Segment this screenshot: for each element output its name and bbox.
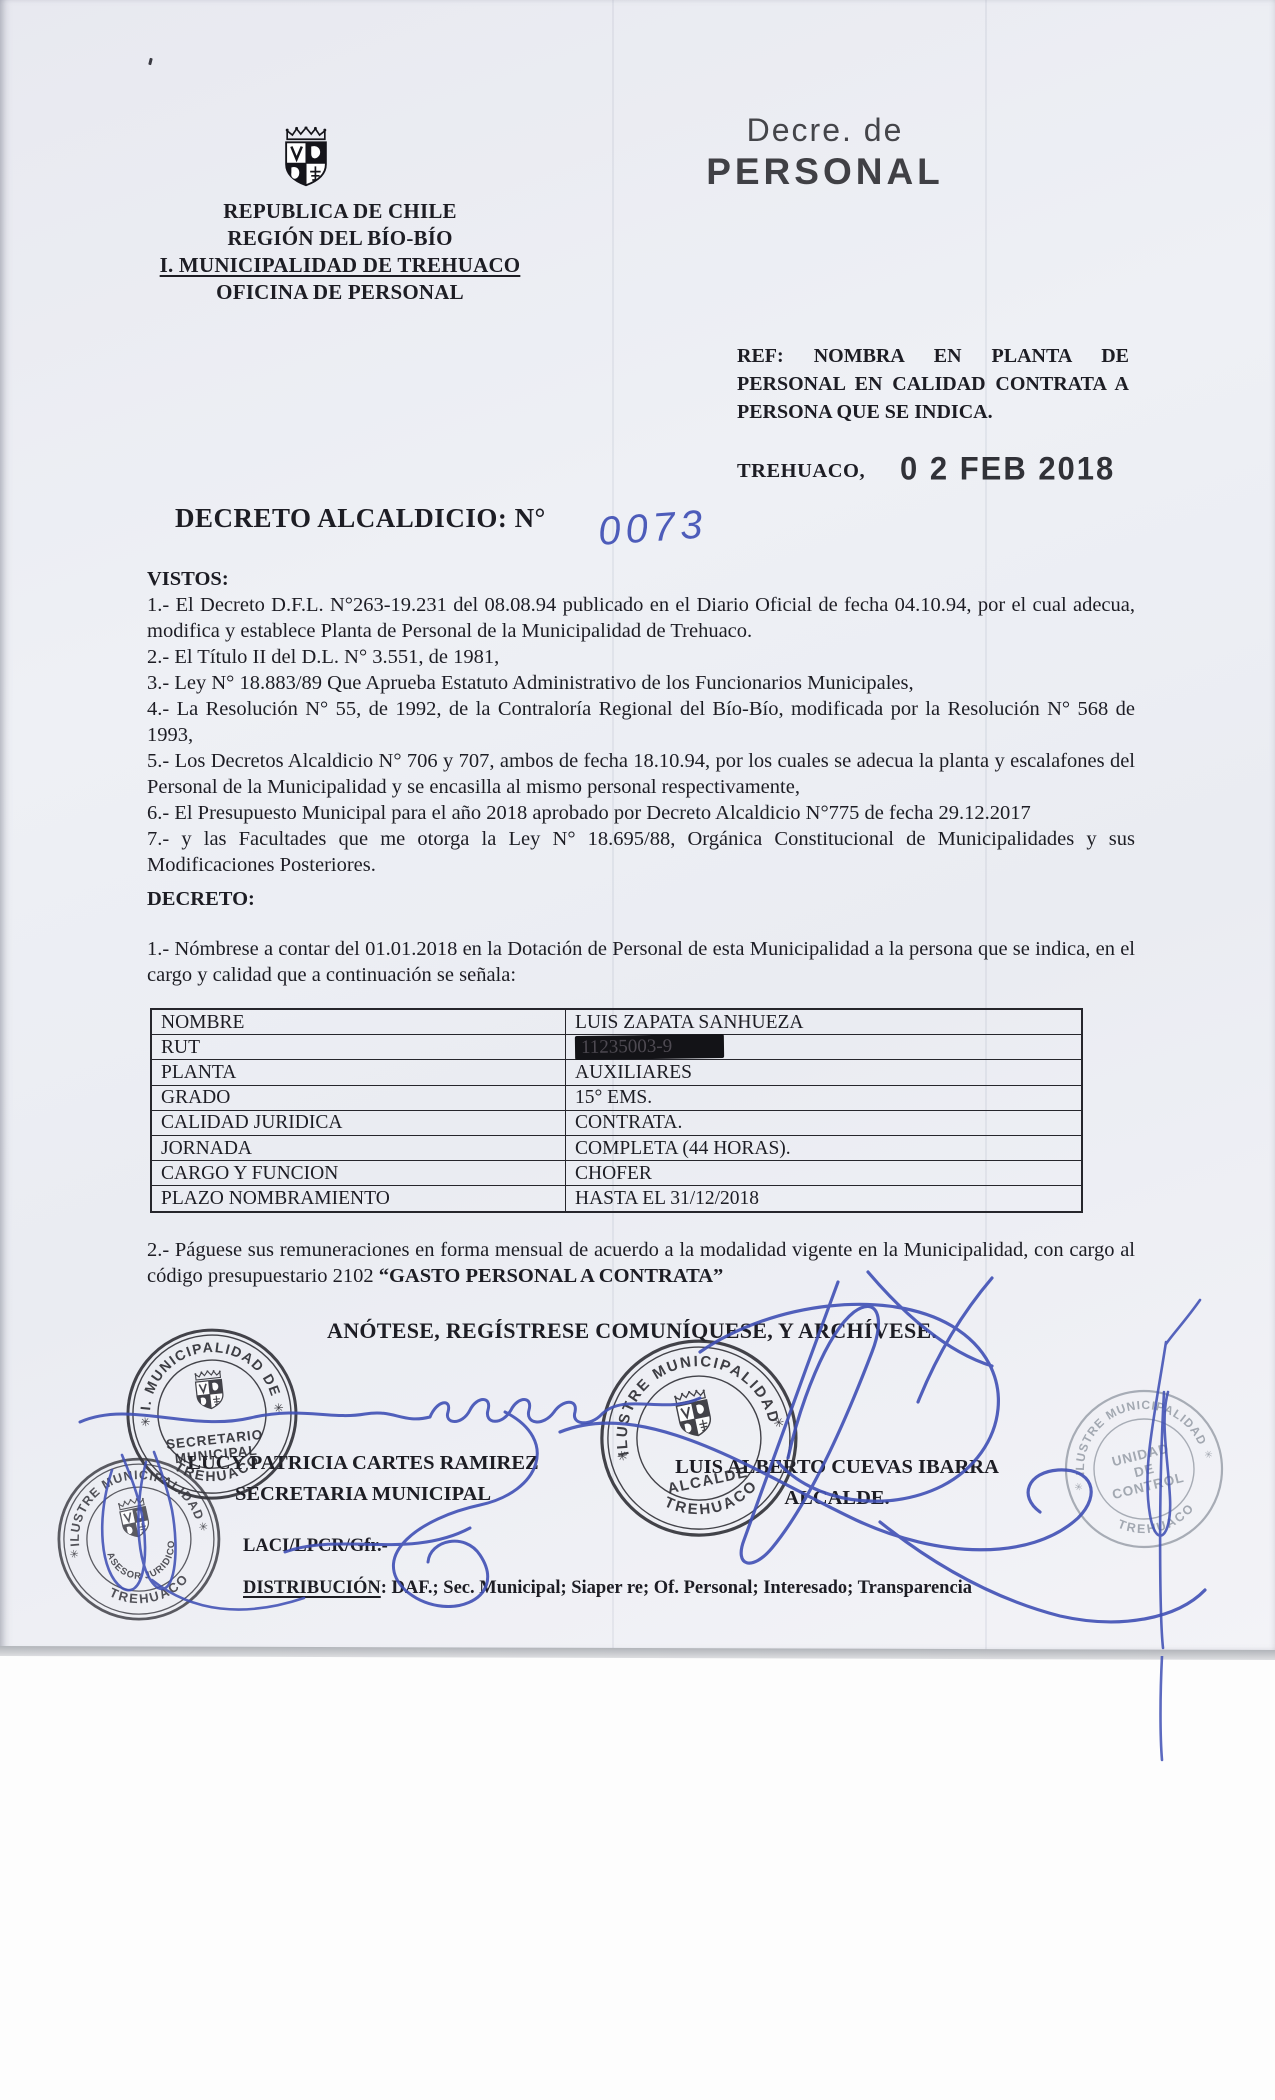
row-value: AUXILIARES [566,1060,1083,1085]
table-row: GRADO 15° EMS. [151,1085,1082,1110]
vistos-item: 6.- El Presupuesto Municipal para el año… [147,800,1135,826]
signature-tail [1100,1656,1220,1776]
ref-line3: PERSONA QUE SE INDICA. [737,398,1129,426]
letterhead: REPUBLICA DE CHILE REGIÓN DEL BÍO-BÍO I.… [140,198,540,306]
stamp-ring-text: TREHUACO [105,1569,195,1614]
svg-text:✳: ✳ [198,1521,210,1535]
closing-formula: ANÓTESE, REGÍSTRESE COMUNÍQUESE, Y ARCHÍ… [327,1318,937,1344]
stamp-crest-icon [194,1369,224,1411]
rut-redaction: 11235003-9 [575,1034,724,1060]
row-value: CHOFER [566,1161,1083,1186]
row-label: PLANTA [151,1060,566,1085]
scan-artifact [148,58,153,66]
row-label: JORNADA [151,1135,566,1160]
row-value: HASTA EL 31/12/2018 [566,1186,1083,1212]
control-signature [1147,1300,1200,1648]
svg-text:I. MUNICIPALIDAD DE: I. MUNICIPALIDAD DE [130,1332,284,1413]
row-value: CONTRATA. [566,1110,1083,1135]
vistos-item: 1.- El Decreto D.F.L. N°263-19.231 del 0… [147,592,1135,644]
row-label: RUT [151,1035,566,1060]
unidad-de-control-stamp: ILUSTRE MUNICIPALIDAD TREHUACO UNIDAD DE… [1040,1365,1249,1574]
row-label: NOMBRE [151,1009,566,1035]
row-value-redacted: 11235003-9 [566,1035,1083,1060]
table-row: PLAZO NOMBRAMIENTO HASTA EL 31/12/2018 [151,1186,1082,1212]
scanned-page: REPUBLICA DE CHILE REGIÓN DEL BÍO-BÍO I.… [0,0,1275,1650]
drafting-initials: LACI/LPCR/Gfr.- [243,1536,388,1557]
table-row: RUT 11235003-9 [151,1035,1082,1060]
row-label: GRADO [151,1085,566,1110]
letterhead-municipality: I. MUNICIPALIDAD DE TREHUACO [140,252,540,279]
letterhead-region: REGIÓN DEL BÍO-BÍO [140,225,540,252]
stamp-center-text: ASESOR JURIDICO [104,1538,184,1589]
distribution-value: : DAF.; Sec. Municipal; Siaper re; Of. P… [381,1578,972,1598]
secretaria-name: LUCY PATRICIA CARTES RAMIREZ [148,1448,578,1479]
distribution-line: DISTRIBUCIÓN: DAF.; Sec. Municipal; Siap… [243,1578,972,1599]
ref-line1: REF: NOMBRA EN PLANTA DE [737,342,1129,370]
decreto-paragraph-2: 2.- Páguese sus remuneraciones en forma … [147,1237,1135,1289]
svg-text:✳: ✳ [1203,1449,1214,1462]
vistos-heading: VISTOS: [147,566,1135,592]
stamp-ring-text: TREHUACO [1113,1498,1201,1544]
vistos-item: 3.- Ley N° 18.883/89 Que Aprueba Estatut… [147,670,1135,696]
appointment-table: NOMBRE LUIS ZAPATA SANHUEZA RUT 11235003… [150,1008,1083,1213]
stamp-ring-text: ILUSTRE MUNICIPALIDAD [598,1337,783,1458]
stamp-center-text: UNIDAD [1110,1441,1170,1470]
paragraph2-bold: “GASTO PERSONAL A CONTRATA” [379,1265,724,1287]
vistos-section: VISTOS: 1.- El Decreto D.F.L. N°263-19.2… [147,566,1135,878]
decreto-heading: DECRETO: [147,888,255,911]
svg-text:✳: ✳ [772,1414,786,1431]
letterhead-country: REPUBLICA DE CHILE [140,198,540,225]
stamp-crest-icon [117,1496,151,1540]
row-value: LUIS ZAPATA SANHUEZA [566,1009,1083,1035]
svg-text:ASESOR JURIDICO: ASESOR JURIDICO [104,1538,184,1589]
alcalde-title: ALCALDE. [622,1483,1052,1514]
coat-of-arms-logo [283,126,329,188]
secretaria-signature-block: LUCY PATRICIA CARTES RAMIREZ SECRETARIA … [148,1448,578,1510]
date-stamp: 0 2 FEB 2018 [900,450,1115,487]
svg-text:✳: ✳ [69,1548,81,1562]
vistos-item: 5.- Los Decretos Alcaldicio N° 706 y 707… [147,748,1135,800]
table-row: CARGO Y FUNCION CHOFER [151,1161,1082,1186]
stamp-line1: Decre. de [700,112,950,149]
alcalde-name: LUIS ALBERTO CUEVAS IBARRA [622,1452,1052,1483]
row-label: CARGO Y FUNCION [151,1161,566,1186]
distribution-label: DISTRIBUCIÓN [243,1578,381,1598]
decree-title: DECRETO ALCALDICIO: N° [175,503,546,534]
svg-text:✳: ✳ [1073,1481,1084,1494]
vistos-item: 4.- La Resolución N° 55, de 1992, de la … [147,696,1135,748]
svg-text:TREHUACO: TREHUACO [1113,1498,1201,1544]
scanned-decree-document: { "colors": { "ink_blue": "#4050b5", "st… [0,0,1275,2100]
table-row: CALIDAD JURIDICA CONTRATA. [151,1110,1082,1135]
stamp-line2: PERSONAL [700,151,950,193]
svg-text:ILUSTRE MUNICIPALIDAD: ILUSTRE MUNICIPALIDAD [598,1337,783,1458]
stamp-ring-text: ILUSTRE MUNICIPALIDAD [1059,1383,1211,1478]
vistos-item: 7.- y las Facultades que me otorga la Le… [147,826,1135,878]
table-row: NOMBRE LUIS ZAPATA SANHUEZA [151,1009,1082,1035]
vistos-item: 2.- El Título II del D.L. N° 3.551, de 1… [147,644,1135,670]
ref-block: REF: NOMBRA EN PLANTA DE PERSONAL EN CAL… [737,342,1129,426]
secretaria-title: SECRETARIA MUNICIPAL [148,1479,578,1510]
decreto-de-personal-stamp: Decre. de PERSONAL [700,112,950,193]
row-value: 15° EMS. [566,1085,1083,1110]
stamp-crest-icon [673,1387,713,1439]
decreto-paragraph-1: 1.- Nómbrese a contar del 01.01.2018 en … [147,936,1135,988]
row-value: COMPLETA (44 HORAS). [566,1135,1083,1160]
stamp-center-text: CONTROL [1111,1470,1186,1502]
alcalde-stamp: ILUSTRE MUNICIPALIDAD TREHUACO ALCALDE ✳… [578,1317,821,1560]
row-label: CALIDAD JURIDICA [151,1110,566,1135]
table-row: PLANTA AUXILIARES [151,1060,1082,1085]
table-row: JORNADA COMPLETA (44 HORAS). [151,1135,1082,1160]
svg-text:ILUSTRE MUNICIPALIDAD: ILUSTRE MUNICIPALIDAD [1059,1383,1211,1478]
svg-text:TREHUACO: TREHUACO [105,1569,195,1614]
alcalde-signature-block: LUIS ALBERTO CUEVAS IBARRA ALCALDE. [622,1452,1052,1514]
ref-line2: PERSONAL EN CALIDAD CONTRATA A [737,370,1129,398]
row-label: PLAZO NOMBRAMIENTO [151,1186,566,1212]
svg-text:✳: ✳ [273,1401,284,1416]
letterhead-office: OFICINA DE PERSONAL [140,279,540,306]
svg-text:✳: ✳ [140,1415,151,1430]
stamp-ring-text: I. MUNICIPALIDAD DE [130,1332,284,1413]
place-label: TREHUACO, [737,460,865,483]
stamp-center-text: DE [1132,1461,1156,1481]
